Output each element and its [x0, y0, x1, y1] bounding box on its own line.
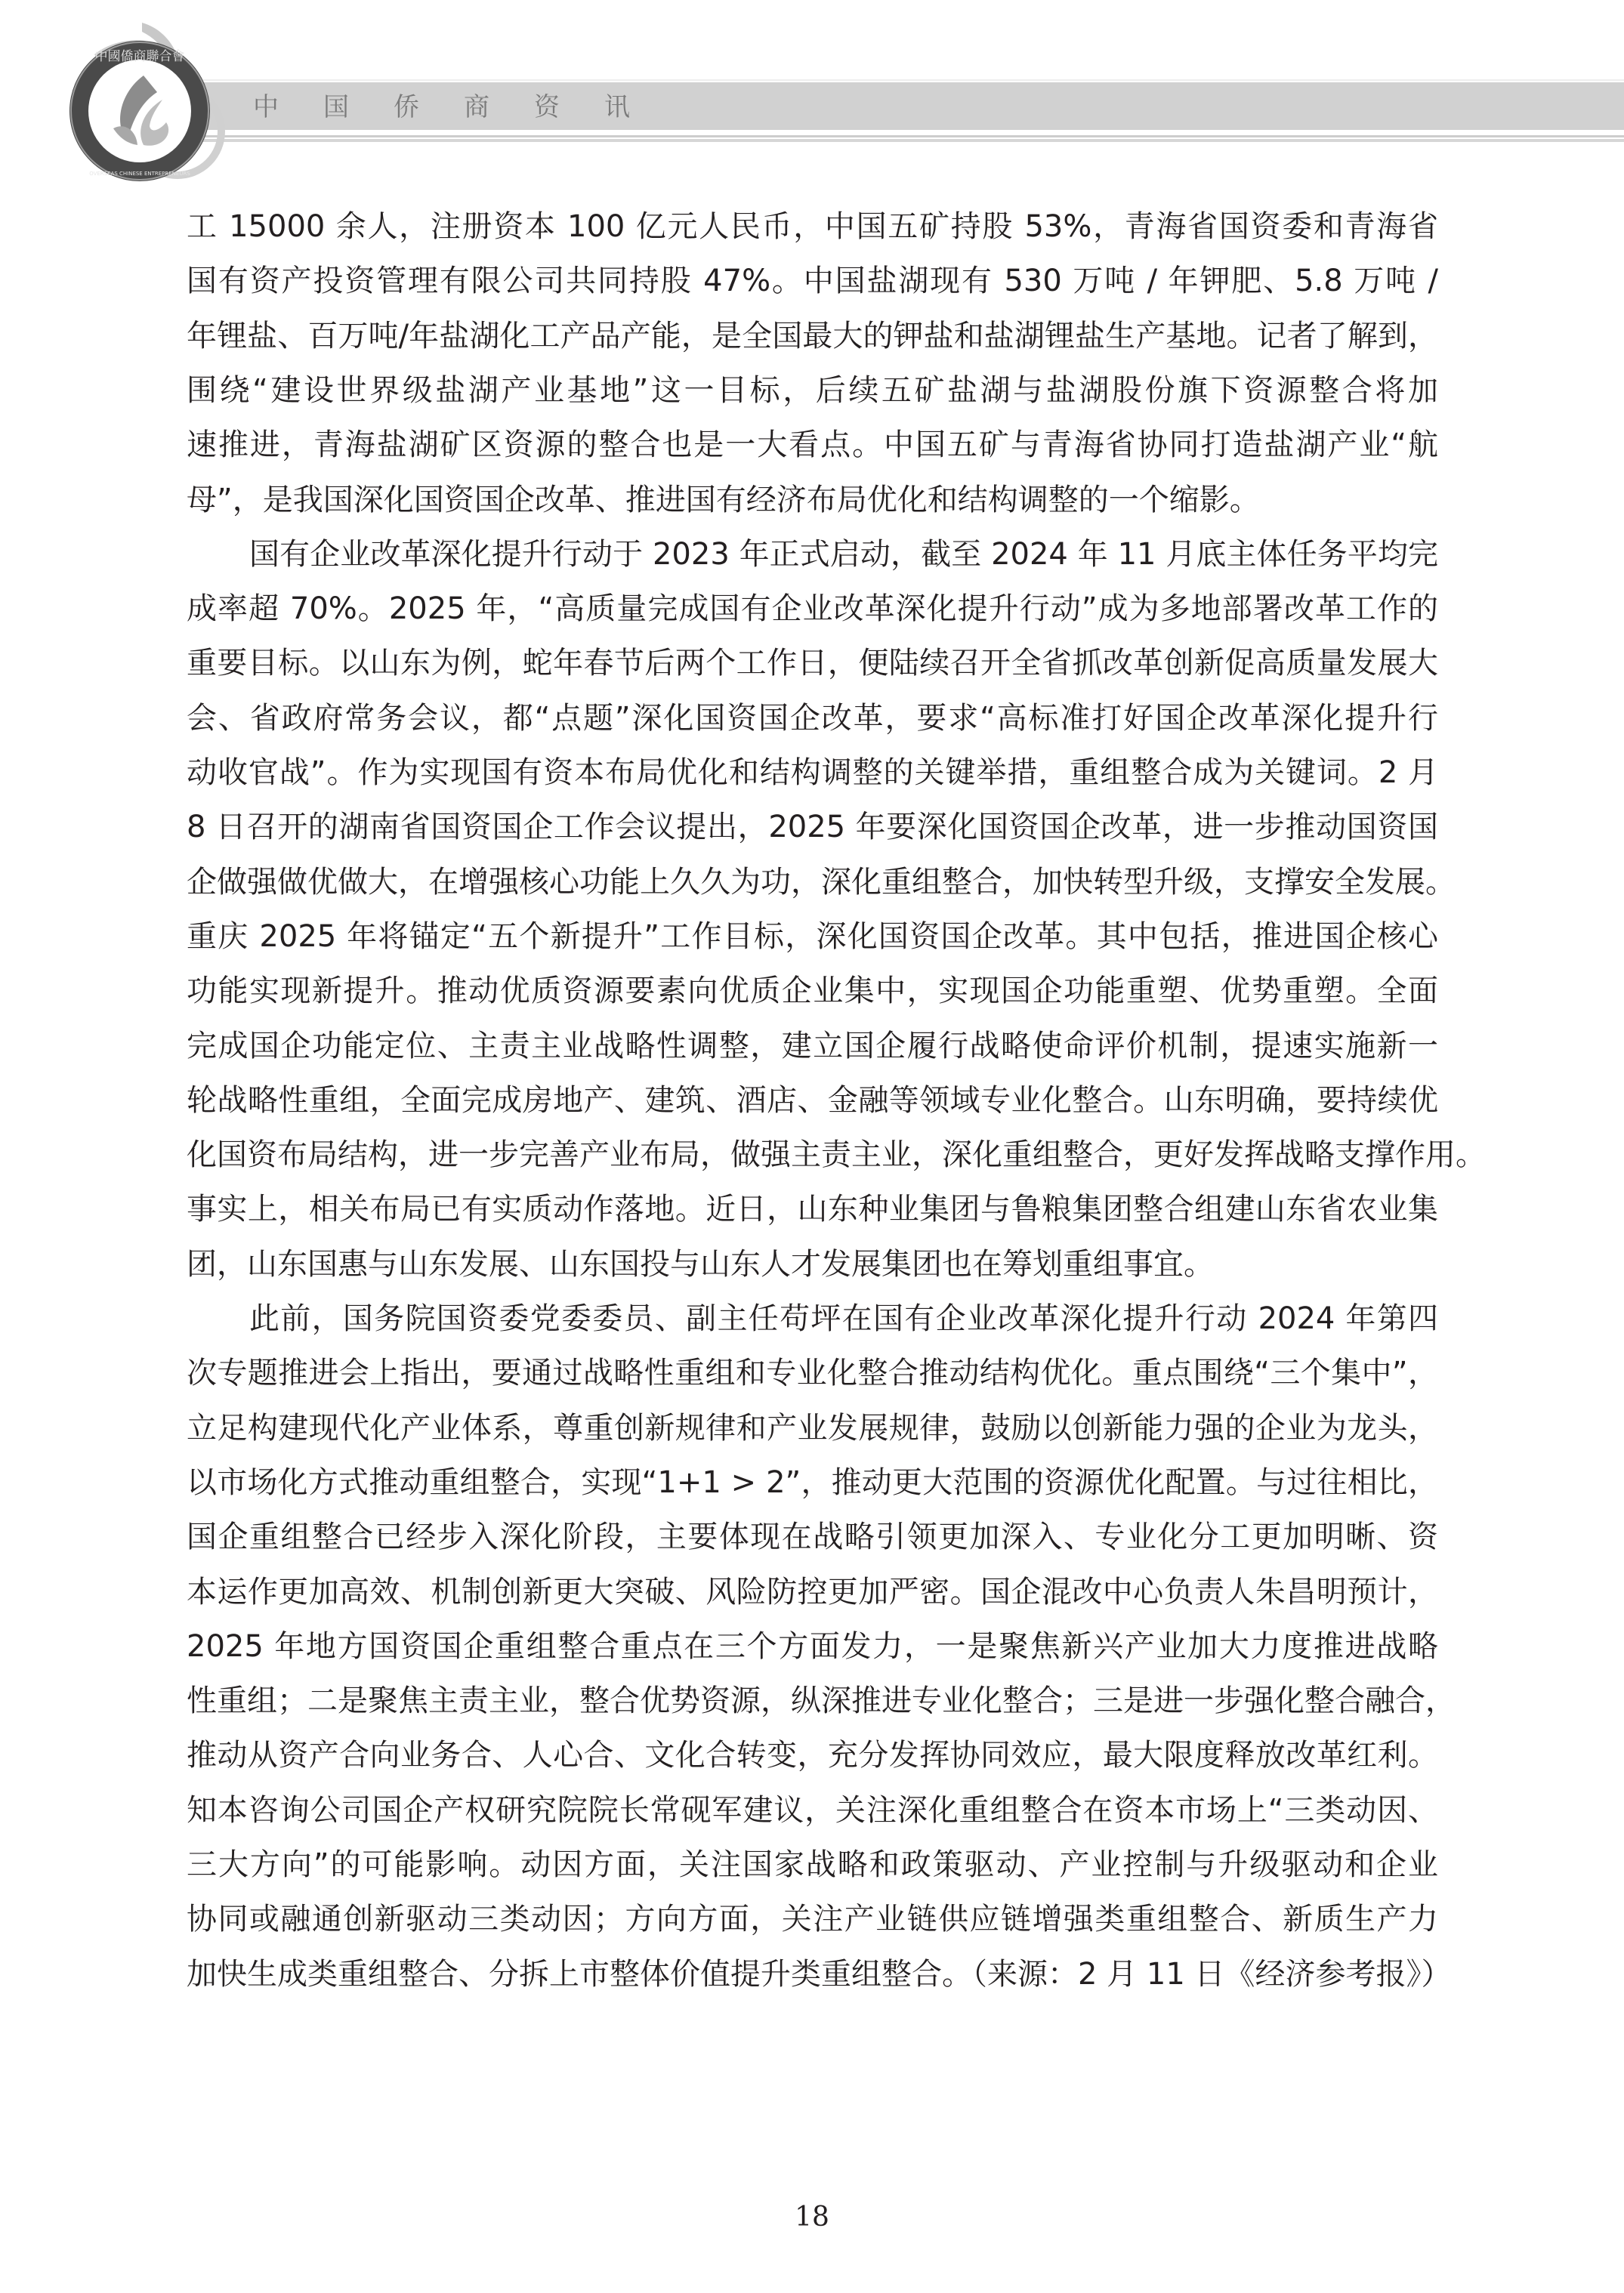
paragraph-line: 三大方向”的可能影响。动因方面，关注国家战略和政策驱动、产业控制与升级驱动和企业 — [187, 1842, 1438, 1887]
paragraph-line: 加快生成类重组整合、分拆上市整体价值提升类重组整合。（来源：2 月 11 日《经… — [187, 1952, 1438, 1997]
paragraph-line: 围绕“建设世界级盐湖产业基地”这一目标，后续五矿盐湖与盐湖股份旗下资源整合将加 — [187, 368, 1438, 413]
svg-text:OVERSEAS CHINESE ENTREPRENEURS: OVERSEAS CHINESE ENTREPRENEURS — [89, 171, 190, 177]
paragraph-line: 动收官战”。作为实现国有资本布局优化和结构调整的关键举措，重组整合成为关键词。2… — [187, 750, 1438, 795]
paragraph-line: 成率超 70%。2025 年，“高质量完成国有企业改革深化提升行动”成为多地部署… — [187, 586, 1438, 631]
paragraph-line: 推动从资产合向业务合、人心合、文化合转变，充分发挥协同效应，最大限度释放改革红利… — [187, 1733, 1438, 1778]
paragraph-line: 轮战略性重组，全面完成房地产、建筑、酒店、金融等领域专业化整合。山东明确，要持续… — [187, 1078, 1438, 1123]
paragraph-line: 工 15000 余人，注册资本 100 亿元人民币，中国五矿持股 53%，青海省… — [187, 204, 1438, 249]
paragraph-line: 企做强做优做大，在增强核心功能上久久为功，深化重组整合，加快转型升级，支撑安全发… — [187, 859, 1438, 905]
paragraph-line: 团，山东国惠与山东发展、山东国投与山东人才发展集团也在筹划重组事宜。 — [187, 1242, 1438, 1287]
paragraph-line: 以市场化方式推动重组整合，实现“1+1 > 2”，推动更大范围的资源优化配置。与… — [187, 1460, 1438, 1505]
federation-logo-icon: 中國僑商聯合會 OVERSEAS CHINESE ENTREPRENEURS — [30, 9, 249, 190]
paragraph-line: 性重组；二是聚焦主责主业，整合优势资源，纵深推进专业化整合；三是进一步强化整合融… — [187, 1678, 1438, 1724]
paragraph-line: 会、省政府常务会议，都“点题”深化国资国企改革，要求“高标准打好国企改革深化提升… — [187, 696, 1438, 741]
paragraph-line: 此前，国务院国资委党委委员、副主任苟坪在国有企业改革深化提升行动 2024 年第… — [249, 1296, 1438, 1341]
paragraph-line: 速推进，青海盐湖矿区资源的整合也是一大看点。中国五矿与青海省协同打造盐湖产业“航 — [187, 422, 1438, 468]
paragraph-line: 国有企业改革深化提升行动于 2023 年正式启动，截至 2024 年 11 月底… — [249, 532, 1438, 577]
paragraph-line: 完成国企功能定位、主责主业战略性调整，建立国企履行战略使命评价机制，提速实施新一 — [187, 1023, 1438, 1069]
paragraph-line: 母”，是我国深化国资国企改革、推进国有经济布局优化和结构调整的一个缩影。 — [187, 477, 1438, 523]
header-rule — [110, 139, 1624, 142]
paragraph-line: 年锂盐、百万吨/年盐湖化工产品产能，是全国最大的钾盐和盐湖锂盐生产基地。记者了解… — [187, 313, 1438, 359]
paragraph-line: 协同或融通创新驱动三类动因；方向方面，关注产业链供应链增强类重组整合、新质生产力 — [187, 1896, 1438, 1942]
paragraph-line: 知本咨询公司国企产权研究院院长常砚军建议，关注深化重组整合在资本市场上“三类动因… — [187, 1788, 1438, 1833]
header-rule — [110, 135, 1624, 137]
paragraph-line: 次专题推进会上指出，要通过战略性重组和专业化整合推动结构优化。重点围绕“三个集中… — [187, 1350, 1438, 1396]
header-band-highlight — [110, 79, 1624, 81]
paragraph-line: 本运作更加高效、机制创新更大突破、风险防控更加严密。国企混改中心负责人朱昌明预计… — [187, 1569, 1438, 1615]
paragraph-line: 立足构建现代化产业体系，尊重创新规律和产业发展规律，鼓励以创新能力强的企业为龙头… — [187, 1406, 1438, 1451]
paragraph-line: 化国资布局结构，进一步完善产业布局，做强主责主业，深化重组整合，更好发挥战略支撑… — [187, 1132, 1438, 1177]
paragraph-line: 重庆 2025 年将锚定“五个新提升”工作目标，深化国资国企改革。其中包括，推进… — [187, 914, 1438, 959]
page-header: 中国侨商资讯 中國僑商聯合會 OVERSEAS CHINESE ENTREPRE… — [0, 0, 1624, 196]
paragraph-line: 国企重组整合已经步入深化阶段，主要体现在战略引领更加深入、专业化分工更加明晰、资 — [187, 1514, 1438, 1560]
paragraph-line: 2025 年地方国资国企重组整合重点在三个方面发力，一是聚焦新兴产业加大力度推进… — [187, 1624, 1438, 1669]
paragraph-line: 国有资产投资管理有限公司共同持股 47%。中国盐湖现有 530 万吨 / 年钾肥… — [187, 258, 1438, 304]
publication-title: 中国侨商资讯 — [253, 89, 675, 125]
page-number: 18 — [786, 2202, 838, 2233]
svg-text:中國僑商聯合會: 中國僑商聯合會 — [95, 49, 185, 64]
paragraph-line: 重要目标。以山东为例，蛇年春节后两个工作日，便陆续召开全省抓改革创新促高质量发展… — [187, 640, 1438, 686]
paragraph-line: 功能实现新提升。推动优质资源要素向优质企业集中，实现国企功能重塑、优势重塑。全面 — [187, 968, 1438, 1014]
paragraph-line: 8 日召开的湖南省国资国企工作会议提出，2025 年要深化国资国企改革，进一步推… — [187, 804, 1438, 850]
paragraph-line: 事实上，相关布局已有实质动作落地。近日，山东种业集团与鲁粮集团整合组建山东省农业… — [187, 1187, 1438, 1232]
